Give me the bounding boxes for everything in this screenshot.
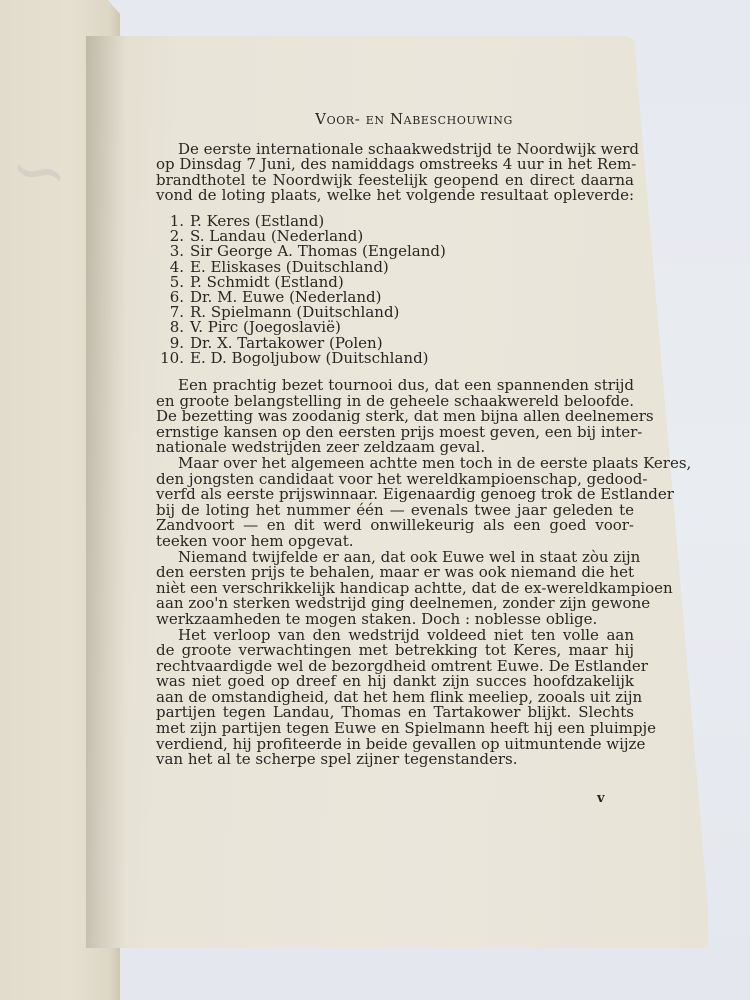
player-name: E. D. Bogoljubow (Duitschland) [190,349,429,367]
text-line: vond de loting plaats, welke het volgend… [156,188,634,204]
body-paragraph-3: Niemand twijfelde er aan, dat ook Euwe w… [156,550,634,628]
page-text-block: Voor- en Nabeschouwing De eerste interna… [156,112,634,768]
intro-paragraph: De eerste internationale schaakwedstrijd… [156,142,634,204]
page-number: v [597,791,605,806]
show-through-text: ~ [5,126,74,215]
body-paragraph-4: Het verloop van den wedstrijd voldeed ni… [156,628,634,768]
body-paragraph-2: Maar over het algemeen achtte men toch i… [156,456,634,550]
draw-number: 10. [156,351,184,366]
page-heading: Voor- en Nabeschouwing [194,112,634,128]
draw-list-item: 10.E. D. Bogoljubow (Duitschland) [156,351,634,366]
text-line: van het al te scherpe spel zijner tegens… [156,752,634,768]
body-paragraph-1: Een prachtig bezet tournooi dus, dat een… [156,378,634,456]
draw-list: 1.P. Keres (Estland) 2.S. Landau (Nederl… [156,214,634,366]
